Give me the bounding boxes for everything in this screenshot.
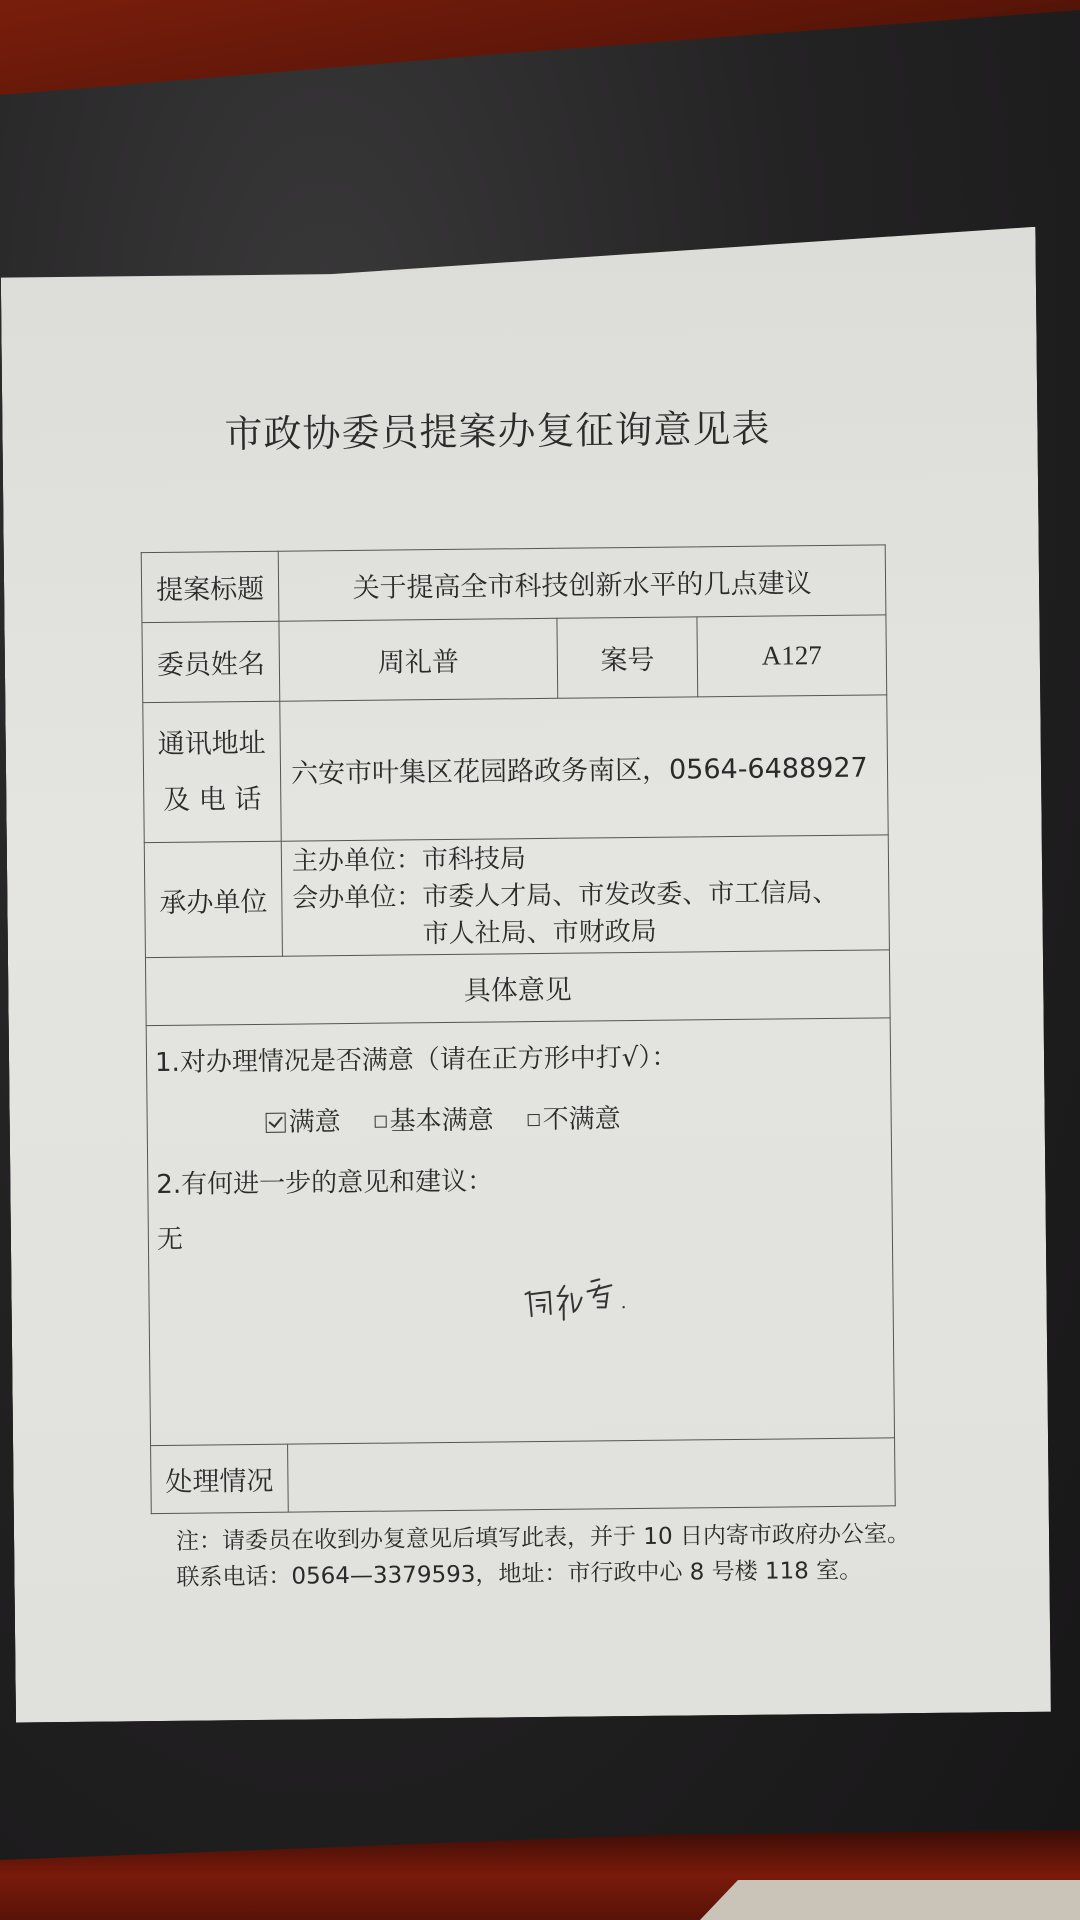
proposal-title-label: 提案标题 [141, 551, 279, 622]
option-basically-satisfied-label: 基本满意 [389, 1099, 493, 1137]
processing-label: 处理情况 [151, 1444, 289, 1513]
option-satisfied[interactable]: 满意 [265, 1101, 340, 1139]
handling-units-row: 承办单位 主办单位：市科技局 会办单位：市委人才局、市发改委、市工信局、 市人社… [144, 835, 889, 958]
document-title: 市政协委员提案办复征询意见表 [224, 397, 825, 458]
paper-sheet: 市政协委员提案办复征询意见表 提案标题 关于提高全市科技创新水平的几点建议 委员… [0, 0, 1080, 1920]
checked-box-icon[interactable] [266, 1112, 286, 1132]
processing-value [288, 1438, 896, 1512]
member-row: 委员姓名 周礼普 案号 A127 [142, 615, 887, 703]
handwritten-signature-icon [519, 1271, 640, 1322]
processing-row: 处理情况 [151, 1438, 896, 1514]
question-satisfaction: 1.对办理情况是否满意（请在正方形中打√）： [155, 1034, 884, 1079]
opinion-heading-row: 具体意见 [145, 950, 890, 1026]
opinion-body-row: 1.对办理情况是否满意（请在正方形中打√）： 满意 基本满意 不满意 [146, 1018, 894, 1446]
case-number-value: A127 [697, 615, 887, 697]
address-label-line1: 通讯地址 [147, 715, 276, 772]
address-value: 六安市叶集区花园路政务南区，0564-6488927 [280, 695, 888, 841]
opinion-body: 1.对办理情况是否满意（请在正方形中打√）： 满意 基本满意 不满意 [146, 1018, 894, 1446]
opinion-heading: 具体意见 [145, 950, 890, 1026]
option-basically-satisfied[interactable]: 基本满意 [374, 1099, 493, 1137]
co-units-line1: 会办单位：市委人才局、市发改委、市工信局、 [292, 874, 888, 917]
feedback-form-table: 提案标题 关于提高全市科技创新水平的几点建议 委员姓名 周礼普 案号 A127 … [141, 544, 896, 1514]
unchecked-box-icon[interactable] [528, 1114, 540, 1126]
satisfaction-options: 满意 基本满意 不满意 [155, 1095, 884, 1140]
member-name-value: 周礼普 [279, 618, 558, 701]
lead-unit: 主办单位：市科技局 [292, 837, 888, 880]
case-number-label: 案号 [557, 617, 698, 698]
footer-note: 注：请委员在收到办复意见后填写此表，并于 10 日内寄市政府办公室。 联系电话：… [176, 1516, 937, 1596]
option-satisfied-label: 满意 [288, 1101, 340, 1139]
proposal-title-value: 关于提高全市科技创新水平的几点建议 [278, 545, 886, 621]
address-row: 通讯地址 及 电 话 六安市叶集区花园路政务南区，0564-6488927 [143, 695, 888, 843]
address-label: 通讯地址 及 电 话 [143, 701, 281, 842]
suggestion-answer: 无 [157, 1211, 886, 1256]
address-label-line2: 及 电 话 [148, 771, 277, 828]
option-unsatisfied-label: 不满意 [542, 1098, 620, 1136]
unchecked-box-icon[interactable] [375, 1115, 387, 1127]
co-units-line2: 市人社局、市财政局 [293, 911, 889, 954]
handling-units-value: 主办单位：市科技局 会办单位：市委人才局、市发改委、市工信局、 市人社局、市财政… [281, 835, 889, 956]
question-suggestions: 2.有何进一步的意见和建议： [156, 1156, 885, 1201]
proposal-title-row: 提案标题 关于提高全市科技创新水平的几点建议 [141, 545, 886, 623]
handling-units-label: 承办单位 [144, 841, 282, 957]
option-unsatisfied[interactable]: 不满意 [527, 1098, 620, 1136]
member-name-label: 委员姓名 [142, 621, 280, 702]
